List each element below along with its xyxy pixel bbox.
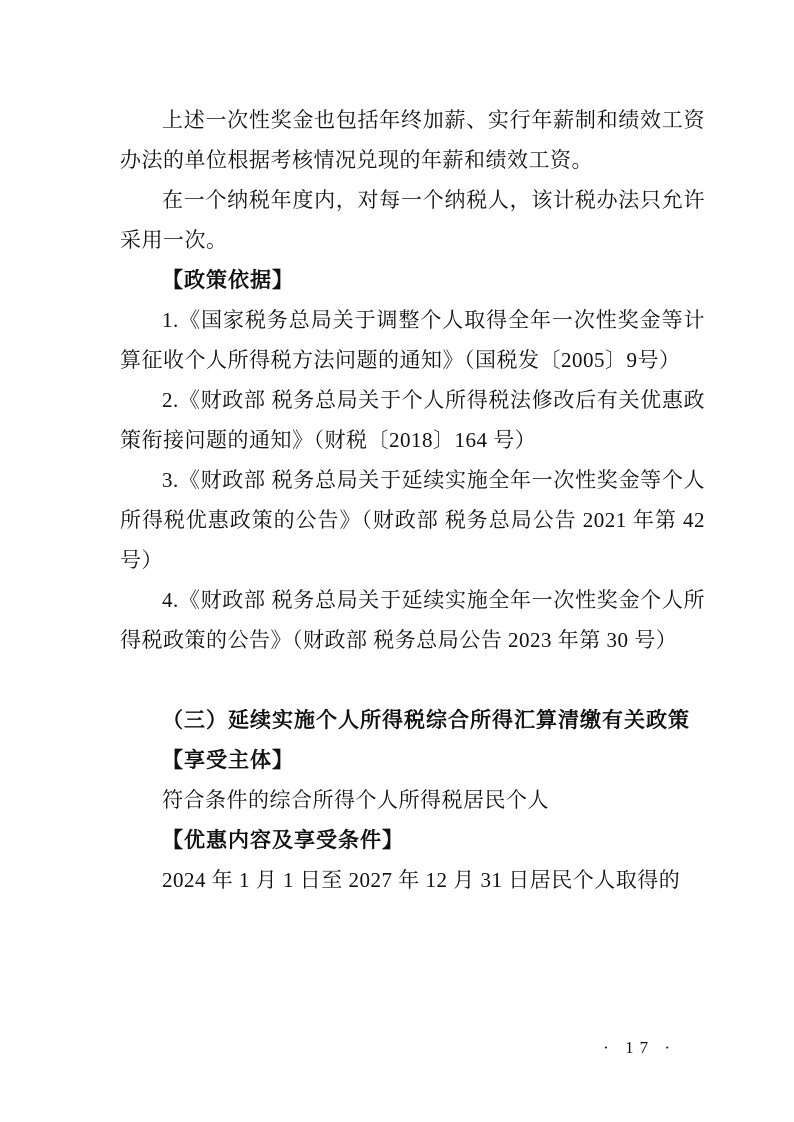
label-benefit-content-conditions: 【优惠内容及享受条件】 (120, 820, 705, 860)
label-policy-basis: 【政策依据】 (120, 260, 705, 300)
policy-basis-item-4: 4.《财政部 税务总局关于延续实施全年一次性奖金个人所得税政策的公告》（财政部 … (120, 580, 705, 660)
document-content: 上述一次性奖金也包括年终加薪、实行年薪制和绩效工资办法的单位根据考核情况兑现的年… (120, 100, 705, 900)
policy-basis-item-3: 3.《财政部 税务总局关于延续实施全年一次性奖金等个人所得税优惠政策的公告》（财… (120, 460, 705, 580)
section-heading-three: （三）延续实施个人所得税综合所得汇算清缴有关政策 (120, 700, 705, 740)
blank-line (120, 660, 705, 700)
para-eligible-subject: 符合条件的综合所得个人所得税居民个人 (120, 780, 705, 820)
policy-basis-item-2: 2.《财政部 税务总局关于个人所得税法修改后有关优惠政策衔接问题的通知》（财税〔… (120, 380, 705, 460)
para-annual-bonus-includes: 上述一次性奖金也包括年终加薪、实行年薪制和绩效工资办法的单位根据考核情况兑现的年… (120, 100, 705, 180)
para-benefit-period: 2024 年 1 月 1 日至 2027 年 12 月 31 日居民个人取得的 (120, 860, 705, 900)
label-eligible-subject: 【享受主体】 (120, 740, 705, 780)
policy-basis-item-1: 1.《国家税务总局关于调整个人取得全年一次性奖金等计算征收个人所得税方法问题的通… (120, 300, 705, 380)
document-page: 上述一次性奖金也包括年终加薪、实行年薪制和绩效工资办法的单位根据考核情况兑现的年… (0, 0, 794, 1122)
page-number: · 17 · (603, 1038, 676, 1058)
para-once-per-tax-year: 在一个纳税年度内，对每一个纳税人，该计税办法只允许采用一次。 (120, 180, 705, 260)
